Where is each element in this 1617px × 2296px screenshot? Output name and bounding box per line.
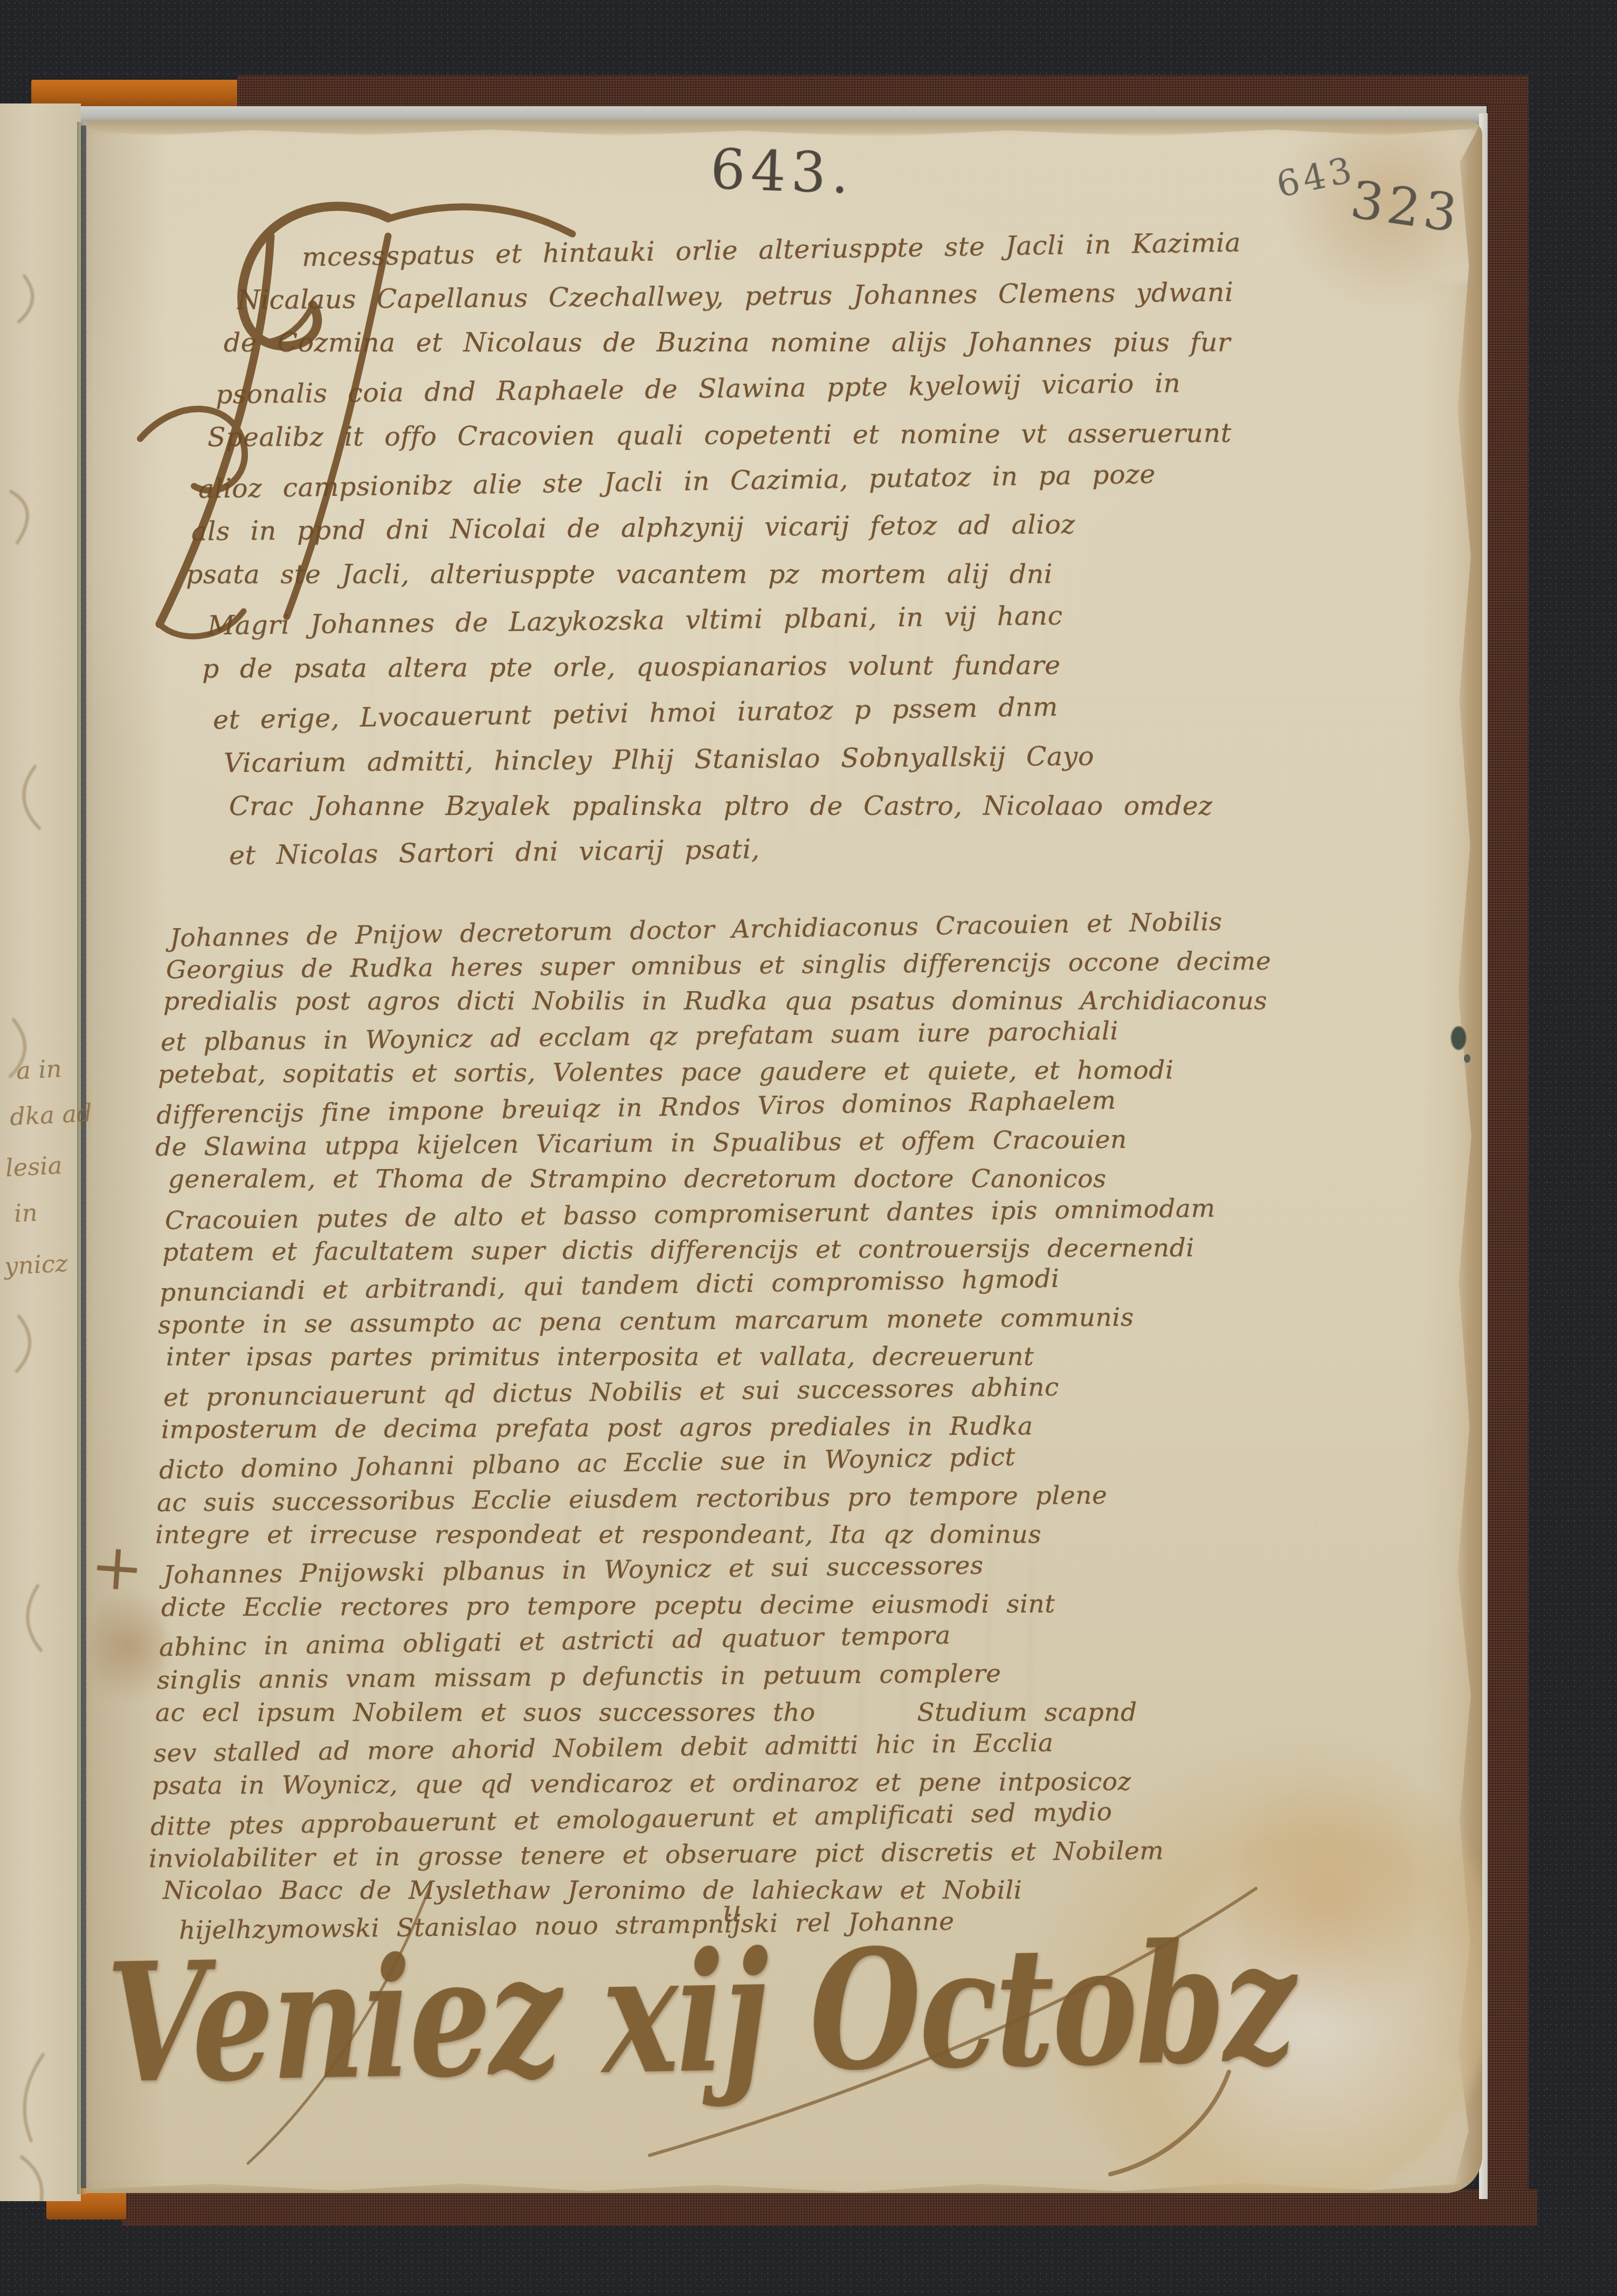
manuscript-line: differencijs fine impone breuiqz in Rndo… <box>156 1088 1116 1128</box>
manuscript-line: imposterum de decima prefata post agros … <box>161 1414 1033 1443</box>
manuscript-line: abhinc in anima obligati et astricti ad … <box>159 1622 951 1660</box>
cover-cloth-bottom <box>122 2189 1537 2226</box>
manuscript-line: integre et irrecuse respondeat et respon… <box>155 1522 1041 1548</box>
margin-cross-mark: + <box>88 1528 146 1606</box>
manuscript-line: Cracouien putes de alto et basso comprom… <box>165 1195 1215 1233</box>
manuscript-line: inter ipsas partes primitus interposita … <box>166 1344 1034 1370</box>
manuscript-line: dicto domino Johanni plbano ac Ecclie su… <box>159 1444 1015 1483</box>
manuscript-line: ptatem et facultatem super dictis differ… <box>162 1235 1194 1265</box>
manuscript-line: Vicarium admitti, hincley Plhij Stanisla… <box>224 743 1094 777</box>
manuscript-line: et plbanus in Woynicz ad ecclam qz prefa… <box>161 1018 1119 1055</box>
manuscript-line: sponte in se assumpto ac pena centum mar… <box>158 1305 1134 1338</box>
manuscript-line: Georgius de Rudka heres super omnibus et… <box>166 949 1272 983</box>
margin-note: dka ad <box>9 1098 93 1131</box>
cover-cloth-right <box>1487 103 1529 2204</box>
page-number-pencil: 323 <box>1347 169 1464 244</box>
manuscript-line: de Cozmina et Nicolaus de Buzina nomine … <box>224 329 1231 356</box>
cover-cloth-top <box>237 75 1529 107</box>
manuscript-line: ac ecl ipsum Nobilem et suos successores… <box>155 1700 1137 1726</box>
heading-flourish <box>86 1818 1482 2190</box>
page-deckle-top <box>86 121 1482 137</box>
manuscript-line: Nicalaus Capellanus Czechallwey, petrus … <box>237 279 1234 314</box>
manuscript-line: Johannes Pnijowski plbanus in Woynicz et… <box>163 1553 984 1588</box>
manuscript-line: predialis post agros dicti Nobilis in Ru… <box>163 988 1267 1014</box>
manuscript-line: sev stalled ad more ahorid Nobilem debit… <box>154 1730 1054 1766</box>
manuscript-line: pnunciandi et arbitrandi, qui tandem dic… <box>160 1266 1060 1305</box>
manuscript-line: petebat, sopitatis et sortis, Volentes p… <box>158 1057 1174 1087</box>
manuscript-line: et erige, Lvocauerunt petivi hmoi iurato… <box>213 694 1059 734</box>
manuscript-line: de Slawina utppa kijelcen Vicarium in Sp… <box>155 1127 1127 1160</box>
manuscript-line: et pronunciauerunt qd dictus Nobilis et … <box>163 1374 1059 1410</box>
manuscript-line: dicte Ecclie rectores pro tempore pceptu… <box>161 1592 1055 1621</box>
manuscript-line: psata ste Jacli, alteriusppte vacantem p… <box>186 561 1053 588</box>
manuscript-line: Crac Johanne Bzyalek ppalinska pltro de … <box>229 793 1213 820</box>
manuscript-line: p de psata altera pte orle, quospianario… <box>202 652 1061 682</box>
glass-plate-edge <box>77 122 86 2194</box>
folio-number-ink: 643. <box>709 137 855 206</box>
manuscript-line: Johannes de Pnijow decretorum doctor Arc… <box>170 909 1222 951</box>
manuscript-line: als in ppnd dni Nicolai de alphzynij vic… <box>191 511 1075 544</box>
manuscript-line: Spealibz it offo Cracovien quali copeten… <box>208 420 1232 451</box>
manuscript-line: et Nicolas Sartori dni vicarij psati, <box>229 836 760 869</box>
margin-note: a in <box>16 1054 63 1085</box>
photographed-manuscript-scene: 643. 643 323 mcessspatus et hintauki orl… <box>0 0 1617 2296</box>
manuscript-line: singlis annis vnam missam p defunctis in… <box>157 1661 1001 1693</box>
margin-note: ynicz <box>4 1249 68 1281</box>
folio-number-pencil: 643 <box>1273 149 1359 206</box>
manuscript-line: generalem, et Thoma de Strampino decreto… <box>168 1166 1107 1192</box>
manuscript-line: ac suis successoribus Ecclie eiusdem rec… <box>157 1483 1108 1516</box>
manuscript-page: 643. 643 323 mcessspatus et hintauki orl… <box>86 121 1482 2193</box>
margin-note: in <box>13 1198 38 1228</box>
manuscript-line: psata in Woynicz, que qd vendicaroz et o… <box>152 1769 1131 1799</box>
margin-note: lesia <box>5 1151 63 1182</box>
